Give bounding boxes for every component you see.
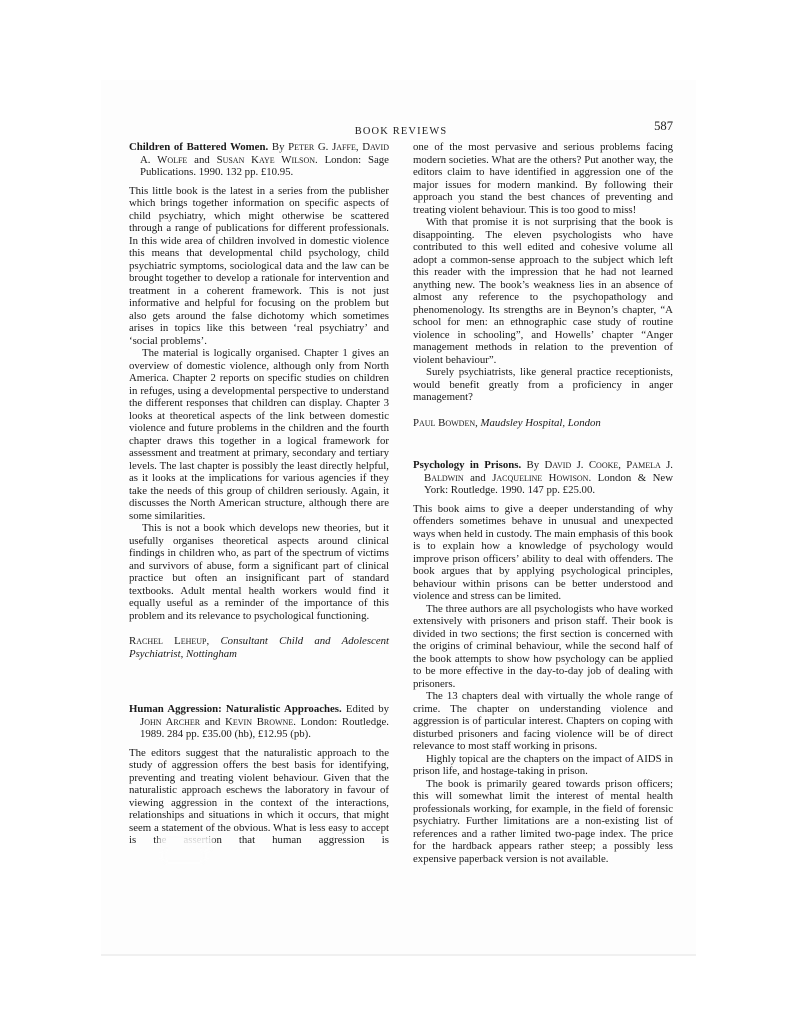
review-body-human-aggression: The editors suggest that the naturalisti… bbox=[129, 747, 389, 847]
right-column: one of the most pervasive and serious pr… bbox=[413, 141, 673, 865]
paragraph: The three authors are all psychologists … bbox=[413, 603, 673, 691]
paragraph: Surely psychiatrists, like general pract… bbox=[413, 366, 673, 404]
review-citation-psychology-in-prisons: Psychology in Prisons. By David J. Cooke… bbox=[413, 459, 673, 497]
text-run: Jacqueline Howison bbox=[492, 472, 588, 484]
paragraph: one of the most pervasive and serious pr… bbox=[413, 141, 673, 216]
text-run: Paul Bowden bbox=[413, 417, 475, 429]
paragraph: This is not a book which develops new th… bbox=[129, 522, 389, 622]
paragraph: The book is primarily geared towards pri… bbox=[413, 778, 673, 866]
review-citation-human-aggression: Human Aggression: Naturalistic Approache… bbox=[129, 703, 389, 741]
paragraph: The material is logically organised. Cha… bbox=[129, 347, 389, 522]
text-run: Maudsley Hospital, London bbox=[481, 417, 601, 429]
text-run: Human Aggression: Naturalistic Approache… bbox=[129, 703, 342, 715]
paragraph: This little book is the latest in a seri… bbox=[129, 185, 389, 348]
text-run: By bbox=[268, 141, 288, 153]
text-run: Children of Battered Women. bbox=[129, 141, 268, 153]
text-run: and bbox=[464, 472, 493, 484]
paragraph: Highly topical are the chapters on the i… bbox=[413, 753, 673, 778]
paragraph: This book aims to give a deeper understa… bbox=[413, 503, 673, 603]
reviewer-signature-leheup: Rachel Leheup, Consultant Child and Adol… bbox=[129, 635, 389, 660]
paragraph: With that promise it is not surprising t… bbox=[413, 216, 673, 366]
text-run: Rachel Leheup bbox=[129, 635, 207, 647]
reviewer-signature-bowden: Paul Bowden, Maudsley Hospital, London bbox=[413, 417, 673, 430]
two-column-text-block: Children of Battered Women. By Peter G. … bbox=[129, 141, 673, 865]
paragraph: The editors suggest that the naturalisti… bbox=[129, 747, 389, 847]
text-run: By bbox=[521, 459, 544, 471]
text-run: John Archer bbox=[140, 716, 200, 728]
text-run: and bbox=[200, 716, 225, 728]
page-header: BOOK REVIEWS 587 bbox=[129, 121, 673, 134]
running-head: BOOK REVIEWS bbox=[355, 126, 448, 137]
text-run: Susan Kaye Wilson bbox=[217, 154, 315, 166]
review-body-children-of-battered-women: This little book is the latest in a seri… bbox=[129, 185, 389, 623]
review-body-human-aggression-continued: one of the most pervasive and serious pr… bbox=[413, 141, 673, 404]
text-run: Kevin Browne bbox=[225, 716, 293, 728]
journal-page: BOOK REVIEWS 587 Children of Battered Wo… bbox=[101, 80, 696, 956]
left-column: Children of Battered Women. By Peter G. … bbox=[129, 141, 389, 865]
review-citation-children-of-battered-women: Children of Battered Women. By Peter G. … bbox=[129, 141, 389, 179]
text-run: Edited by bbox=[342, 703, 389, 715]
text-run: and bbox=[187, 154, 216, 166]
review-body-psychology-in-prisons: This book aims to give a deeper understa… bbox=[413, 503, 673, 866]
text-run: Psychology in Prisons. bbox=[413, 459, 521, 471]
text-run: , bbox=[207, 635, 221, 647]
paragraph: The 13 chapters deal with virtually the … bbox=[413, 690, 673, 753]
page-number: 587 bbox=[654, 119, 673, 134]
